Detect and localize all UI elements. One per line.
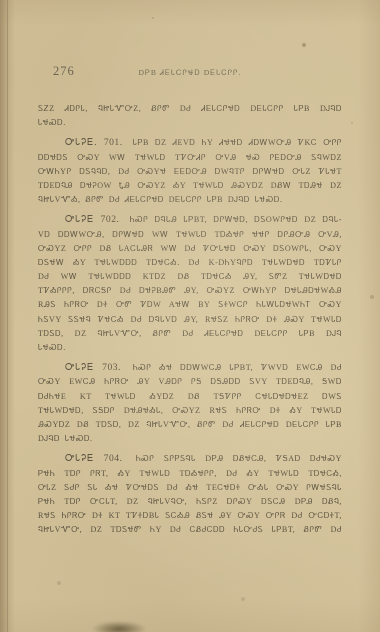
ink-smudge — [92, 621, 146, 632]
section-first-line: ᎤᏓᎮᎬ 704. ᏂᏍᎵ ᏚᎵᏢᏚᏄᏓ DᏢᎯ ᎠᏰᏠᏟᎯ, ᏤᎦAᎠ ᎠᏧᏠ… — [38, 452, 342, 466]
section-first-line: ᎤᏓᎮᎬ. 701. ᏓᏢB ᎠZ ᏗEVᎠ ᏂY ᏗᏠᏠᎠ ᏗᎠᎳWᏅᎯ ᏤK… — [38, 136, 342, 150]
text-line: ᎤᏍYZ ᎤᎵᎵ DᏰ ᏓAᏟᏓᎯᏒ WᎳ DᏧ ᏤᏅᏓᏠᎠ ᎤᏍY ᎠᏚOWᎵ… — [38, 242, 342, 256]
text-line: DᏧ WᎳ TᏠᏓWᎠᎠᎠ KTᎠZ DᏰ TᎠᏠᏟᎣ ᎯY, ᏚᏛZ TᏠᏓW… — [38, 270, 342, 284]
text-line: ᏓᏢB ᎠZ ᏗEVᎠ ᏂY ᏗᏠᏠᎠ ᏗᎠᎳWᏅᎯ ᏤKᏟ ᎤᎵᎵ — [133, 138, 342, 147]
text-line: TᎠᏚᎠ, DZ ᏄᏥᏓVᏉᎤ, ᏰᎵᏛ DᏧ ᏗᎬᏓᏟᎵᏠᎠ DᎬᏓᏟᎵᎵ Ꮣ… — [38, 327, 342, 341]
book-page: 276 DᏢB ᏗᎬᏓᏟᎵᏠᎠ DᎬᏓᏟᎵᎵ. ᏚᏃZ ᏗᎠᎵᏓ, ᏄᏥᏓᏉᎤZ… — [0, 0, 380, 632]
text-block: ᏚᏃZ ᏗᎠᎵᏓ, ᏄᏥᏓᏉᎤZ, ᏰᎵᏛ DᏧ ᏗᎬᏓᏟᎵᏠᎠ DᎬᏓᏟᎵᎵ … — [38, 102, 342, 537]
running-header: DᏢB ᏗᎬᏓᏟᎵᏠᎠ DᎬᏓᏟᎵᎵ. — [38, 68, 342, 78]
section-number: 703. — [102, 362, 125, 373]
section-703: ᎤᏓᎮᎬ 703. ᏂᏍᎵ ᎣᏠ ᎠᎠᎳWᏟᎯ ᏓᏢBT, ᏤWVᎠ EWᏟᎯ … — [38, 361, 342, 446]
section-first-line: ᎤᏓᎮᎬ 702. ᏂᏍᎵ ᎠᏄᏓᎯ ᏓᏢBT, ᎠᎵᎳᏠᎠ, ᎠᏚOWᎵᏠᎠ … — [38, 213, 342, 227]
section-704: ᎤᏓᎮᎬ 704. ᏂᏍᎵ ᏚᎵᏢᏚᏄᏓ DᏢᎯ ᎠᏰᏠᏟᎯ, ᏤᎦAᎠ ᎠᏧᏠ… — [38, 452, 342, 537]
text-line: ᎤᎳᏂYᎵ ᎠᏚᏄᏄᎠ, DᏧ ᎤᏍYᏠ ᎬᎬᎠᏅᎯ ᎠWᏄTᎵ ᎠᎵᎳᏠᎠ Ꭴ… — [38, 165, 342, 179]
text-line: ᏄᏥᏓVᏉᎣ, ᏰᎵᏛ DᏧ ᏗᎬᏓᏟᎵᏠᎠ DᎬᏓᏟᎵᎵ ᏓᏢB DᎫᏄᎠ Ꮣ… — [38, 193, 342, 207]
intro-paragraph: ᏚᏃZ ᏗᎠᎵᏓ, ᏄᏥᏓᏉᎤZ, ᏰᎵᏛ DᏧ ᏗᎬᏓᏟᎵᏠᎠ DᎬᏓᏟᎵᎵ … — [38, 102, 342, 130]
text-line: ᎤᏓZ ᏚᏧᎵ ᏚᏓ ᎣᏠ ᏤᎤᏠᎠᏚ DᏧ ᎣᏠ TEᏟᏠᎠᏐ ᏅᎣᏓ ᎤᏍY… — [38, 481, 342, 495]
text-line: ᏂᏍᎵ ᎠᏄᏓᎯ ᏓᏢBT, ᎠᎵᎳᏠᎠ, ᎠᏚOWᎵᏠᎠ DZ ᎠᏄᏓ- — [130, 215, 342, 224]
text-line: RᎯᏚ ᏂᎵᏒᎤ DᏐ ᎤᏛ ᏤᎠW AᏠᎳ BY ᏚᏐWᏟᎵ ᏂᏓᎳᏓᎠᏠWᏂ… — [38, 298, 342, 312]
section-marker: ᎤᏓᎮᎬ. — [65, 137, 98, 148]
text-line: ᏚᏃZ ᏗᎠᎵᏓ, ᏄᏥᏓᏉᎤZ, ᏰᎵᏛ DᏧ ᏗᎬᏓᏟᎵᏠᎠ DᎬᏓᏟᎵᎵ … — [38, 102, 342, 116]
paper-specks — [0, 0, 2, 2]
text-line: DᎫᏄᎠ ᏓᏠᏍᎠ. — [38, 432, 342, 446]
section-702: ᎤᏓᎮᎬ 702. ᏂᏍᎵ ᎠᏄᏓᎯ ᏓᏢBT, ᎠᎵᎳᏠᎠ, ᎠᏚOWᎵᏠᎠ … — [38, 213, 342, 355]
text-line: ᎠᏧᏂᏠE KT TᏠWᏓᎠ ᎣYᎠZ DᏰ TᎦᏤᎵᎵ ᏟᏠᏓᎠᏠᎠᏠEZ Ꭰ… — [38, 390, 342, 404]
section-number: 701. — [104, 137, 127, 148]
text-line: RᏠᏚ ᏂᎵᏒᎤ DᏐ KT TᏤᏐᎠBᏓ ᏚᏟᎣᎯ ᏰᏚᏠ ᎯY ᎤᏍY ᏅᎵ… — [38, 509, 342, 523]
text-line: ᏓᏠᏍᎠ. — [38, 116, 342, 130]
text-line: ᏂᏚVY ᏚᏚᏠᏄ ᏤᏠᏟᎣ DᏧ ᎠᏄᏓVᎠ ᎯY, RᏠᏚZ ᏂᎵᏒᎤ DᏐ… — [38, 313, 342, 327]
section-marker: ᎤᏓᎮᎬ — [65, 453, 94, 464]
section-marker: ᎤᏓᎮᎬ — [65, 214, 94, 225]
text-line: VᎠ ᎠᎠᎳWᏅᎯ, ᎠᎵᎳᏠᎠ WᎳ TᏠWᏓᎠ TᎠᎣᏠᎵ ᏠᏠᎵ ᎠᎵᎯᏅ… — [38, 228, 342, 242]
page-crease-line — [7, 0, 8, 632]
text-line: TᎠEᎠᏄᎯ ᎠᏠᎮOW ᎿᎯ ᎤᏍYZ ᎣY TᏠWᏓᎠ ᎯᏍYᎠZ DᏰᎳ … — [38, 179, 342, 193]
text-line: ᏓᏠᏍᎠ. — [38, 341, 342, 355]
text-line: ᏢᏠᏂ TᎠᎵ ᎵᏒT, ᎣY TᏠWᏓᎠ TᎠᎣᏠᎵᎵ, DᏧ ᎣY TᏠWᏓ… — [38, 467, 342, 481]
text-line: ᎤᏍY EWᏟᎯ ᏂᎵᏒᎤ ᎯY VᎯᎠᎵ ᎵᎦ ᎠᎦᎯᎠᎠ ᏚVY TᎠEᎠᏄ… — [38, 375, 342, 389]
text-line: ᏢᏠᏂ TᎠᎵ ᏅᏟᏓT, DZ ᏄᏥᏓVᏄᎤ, ᏂᏚᎵZ ᎠᎵᏍY ᎠᏚᏟᎯ … — [38, 495, 342, 509]
text-line: ᏂᏍᎵ ᏚᎵᏢᏚᏄᏓ DᏢᎯ ᎠᏰᏠᏟᎯ, ᏤᎦAᎠ ᎠᏧᏠᏍY — [136, 454, 342, 463]
section-number: 702. — [101, 214, 124, 225]
section-first-line: ᎤᏓᎮᎬ 703. ᏂᏍᎵ ᎣᏠ ᎠᎠᎳWᏟᎯ ᏓᏢBT, ᏤWVᎠ EWᏟᎯ … — [38, 361, 342, 375]
section-701: ᎤᏓᎮᎬ. 701. ᏓᏢB ᎠZ ᏗEVᎠ ᏂY ᏗᏠᏠᎠ ᏗᎠᎳWᏅᎯ ᏤK… — [38, 136, 342, 207]
text-line: TᏤᎣᎵᎵᎵ, ᎠᏒᏟᎦᎵ DᏧ ᎠᏠᎮBᎯᏛ ᎯY, ᎤᏍYZ ᎤᎳᏂYᎵ Ꭰ… — [38, 284, 342, 298]
section-marker: ᎤᏓᎮᎬ — [65, 362, 94, 373]
section-number: 704. — [104, 453, 127, 464]
text-line: ᏄᏥᏓVᏉᎤ, DZ TᎠᏚᏠᏛ ᏂY DᏧ ᏟᏰᏧᏟᎠᎠ ᏂᏓᏅᏧᏚ ᏓᏢBT… — [38, 523, 342, 537]
text-line: ᎯᏍYᎠZ DᏰ TᎠᏚᎠ, DZ ᏄᏥᏓVᏉᎤ, ᏰᎵᏛ DᏧ ᏗᎬᏓᏟᎵᏠᎠ… — [38, 418, 342, 432]
text-line: ᏂᏍᎵ ᎣᏠ ᎠᎠᎳWᏟᎯ ᏓᏢBT, ᏤWVᎠ EWᏟᎯ DᏧ — [133, 363, 342, 372]
text-line: ᎠᎠᏠᎠᏚ ᎤᏍY WᎳ TᏠWᏓᎠ TᏤᏅᏗᎵ ᎤVᎯ ᏠᏍ ᎵᎬᎠᏅᎯ ᏚᏄ… — [38, 151, 342, 165]
text-line: TᏠᏓWᎠᏠᎠ, ᏚᎦᎠᎵ DᏠᎯᏠᎣᏓ, ᎤᏍYZ RᏠᏚ ᏂᎵᏒᎤ DᏐ Ꭳ… — [38, 404, 342, 418]
text-line: ᎠᏚᏠᎳ ᎣY TᏠᏓWᎠᎠᎠ TᎠᏠᏟᎣ. DᏧ K-DᏂYᏄᎵᎠ TᏠᏓWᎠ… — [38, 256, 342, 270]
